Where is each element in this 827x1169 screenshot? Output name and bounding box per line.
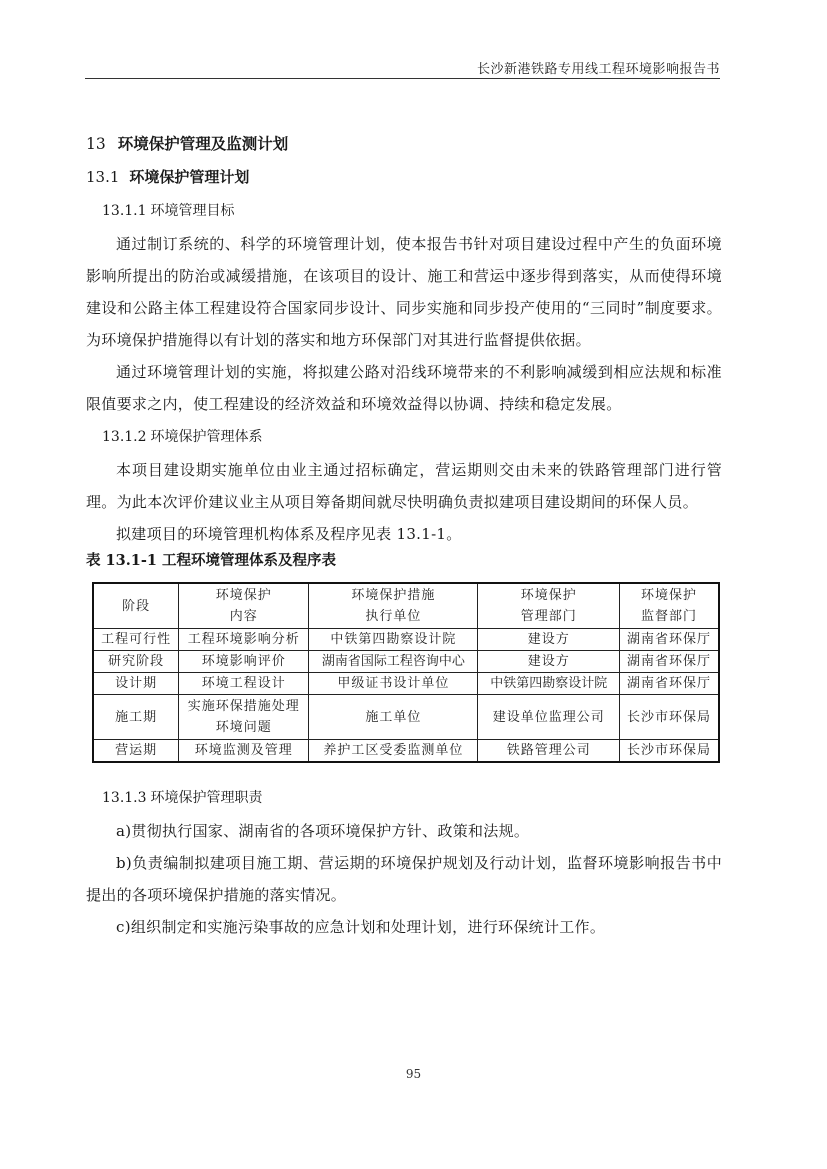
- paragraph: 通过环境管理计划的实施，将拟建公路对沿线环境带来的不利影响减缓到相应法规和标准限…: [86, 356, 722, 420]
- table-cell: 建设方: [478, 651, 620, 673]
- table-cell: 湖南省环保厅: [620, 629, 719, 651]
- list-item-paragraph: c)组织制定和实施污染事故的应急计划和处理计划，进行环保统计工作。: [86, 911, 722, 943]
- table-cell: 环境影响评价: [179, 651, 309, 673]
- subsection-heading: 13.1.3环境保护管理职责: [86, 781, 722, 815]
- table-cell: 实施环保措施处理环境问题: [179, 695, 309, 740]
- running-header: 长沙新港铁路专用线工程环境影响报告书: [477, 58, 720, 77]
- table-cell: 甲级证书设计单位: [309, 673, 478, 695]
- chapter-title: 环境保护管理及监测计划: [118, 134, 289, 153]
- chapter-number: 13: [86, 128, 106, 160]
- table-cell: 施工单位: [309, 695, 478, 740]
- table-cell: 环境监测及管理: [179, 740, 309, 763]
- section-title: 环境保护管理计划: [129, 168, 249, 186]
- table-row: 施工期 实施环保措施处理环境问题 施工单位 建设单位监理公司 长沙市环保局: [93, 695, 719, 740]
- subsection-number: 13.1.3: [102, 790, 147, 806]
- table-cell: 铁路管理公司: [478, 740, 620, 763]
- page-body: 13环境保护管理及监测计划 13.1环境保护管理计划 13.1.1环境管理目标 …: [86, 128, 722, 943]
- subsection-heading: 13.1.2环境保护管理体系: [86, 420, 722, 454]
- management-system-table: 阶段 环境保护内容 环境保护措施执行单位 环境保护管理部门 环境保护监督部门 工…: [92, 582, 720, 763]
- spacer: [86, 763, 722, 781]
- table-cell: 湖南省环保厅: [620, 651, 719, 673]
- table-cell: 湖南省国际工程咨询中心: [309, 651, 478, 673]
- subsection-title: 环境管理目标: [151, 203, 235, 219]
- page-number: 95: [0, 1067, 827, 1081]
- table-row: 工程可行性 工程环境影响分析 中铁第四勘察设计院 建设方 湖南省环保厅: [93, 629, 719, 651]
- subsection-heading: 13.1.1环境管理目标: [86, 194, 722, 228]
- table-cell: 环境工程设计: [179, 673, 309, 695]
- table-caption: 表 13.1-1 工程环境管理体系及程序表: [86, 548, 722, 574]
- subsection-title: 环境保护管理职责: [151, 790, 263, 806]
- table-cell: 建设单位监理公司: [478, 695, 620, 740]
- table-cell: 湖南省环保厅: [620, 673, 719, 695]
- table-cell: 中铁第四勘察设计院: [309, 629, 478, 651]
- table-row: 研究阶段 环境影响评价 湖南省国际工程咨询中心 建设方 湖南省环保厅: [93, 651, 719, 673]
- table-cell: 建设方: [478, 629, 620, 651]
- header-cell-stage: 阶段: [93, 583, 179, 629]
- header-cell-manager: 环境保护管理部门: [478, 583, 620, 629]
- header-cell-executor: 环境保护措施执行单位: [309, 583, 478, 629]
- table-cell: 长沙市环保局: [620, 740, 719, 763]
- table-cell: 施工期: [93, 695, 179, 740]
- paragraph: 通过制订系统的、科学的环境管理计划，使本报告书针对项目建设过程中产生的负面环境影…: [86, 228, 722, 356]
- table-cell: 研究阶段: [93, 651, 179, 673]
- chapter-heading: 13环境保护管理及监测计划: [86, 128, 722, 160]
- header-cell-supervisor: 环境保护监督部门: [620, 583, 719, 629]
- table-cell: 养护工区受委监测单位: [309, 740, 478, 763]
- list-item-paragraph: b)负责编制拟建项目施工期、营运期的环境保护规划及行动计划，监督环境影响报告书中…: [86, 847, 722, 911]
- section-heading: 13.1环境保护管理计划: [86, 160, 722, 194]
- header-cell-content: 环境保护内容: [179, 583, 309, 629]
- table-header-row: 阶段 环境保护内容 环境保护措施执行单位 环境保护管理部门 环境保护监督部门: [93, 583, 719, 629]
- list-item-paragraph: a)贯彻执行国家、湖南省的各项环境保护方针、政策和法规。: [86, 815, 722, 847]
- paragraph: 拟建项目的环境管理机构体系及程序见表 13.1-1。: [86, 518, 722, 550]
- subsection-number: 13.1.2: [102, 429, 147, 445]
- table-cell: 设计期: [93, 673, 179, 695]
- table-cell: 工程可行性: [93, 629, 179, 651]
- table-cell: 营运期: [93, 740, 179, 763]
- table-row: 营运期 环境监测及管理 养护工区受委监测单位 铁路管理公司 长沙市环保局: [93, 740, 719, 763]
- table-cell: 工程环境影响分析: [179, 629, 309, 651]
- paragraph: 本项目建设期实施单位由业主通过招标确定，营运期则交由未来的铁路管理部门进行管理。…: [86, 454, 722, 518]
- table-row: 设计期 环境工程设计 甲级证书设计单位 中铁第四勘察设计院 湖南省环保厅: [93, 673, 719, 695]
- table-cell: 中铁第四勘察设计院: [478, 673, 620, 695]
- subsection-number: 13.1.1: [102, 203, 147, 219]
- table-cell: 长沙市环保局: [620, 695, 719, 740]
- section-number: 13.1: [86, 160, 119, 194]
- header-divider: [85, 78, 720, 79]
- subsection-title: 环境保护管理体系: [151, 429, 263, 445]
